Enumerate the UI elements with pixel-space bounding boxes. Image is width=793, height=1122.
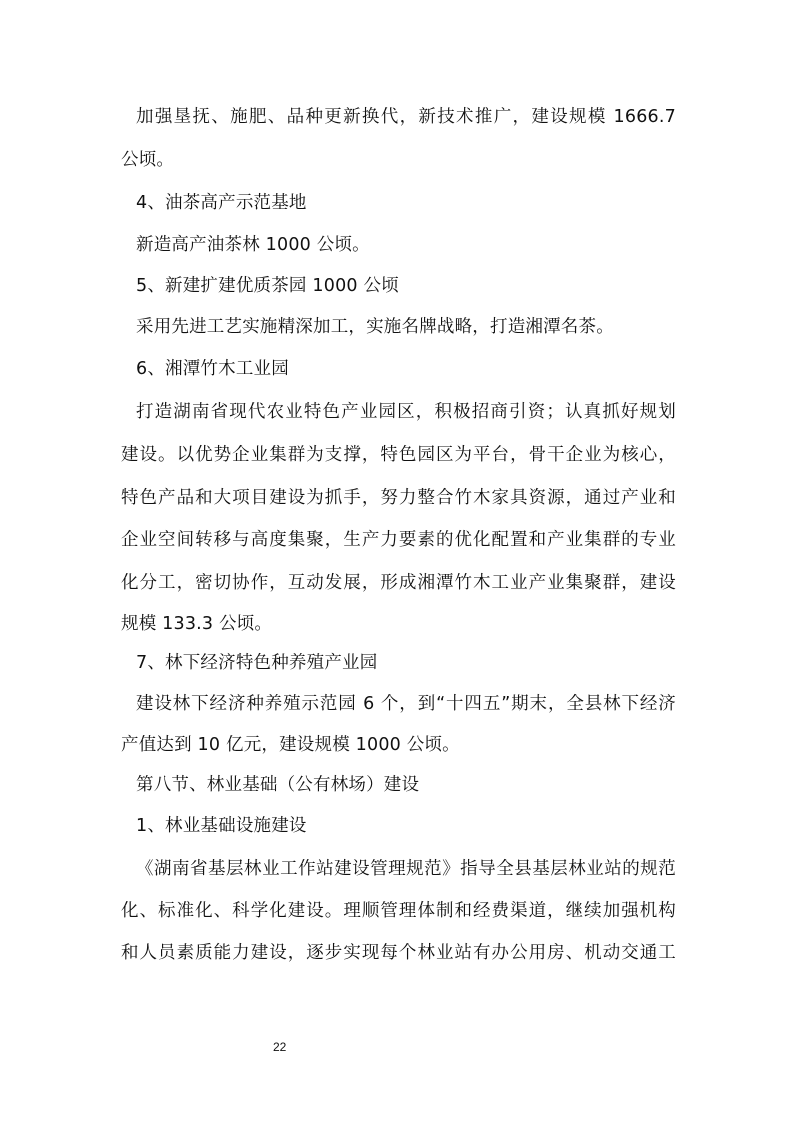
text-line: 产值达到 10 亿元，建设规模 1000 公顷。 [121, 733, 681, 757]
text-line: 5、新建扩建优质茶园 1000 公顷 [136, 274, 696, 298]
text-line: 建设。以优势企业集群为支撑，特色园区为平台，骨干企业为核心， [121, 443, 676, 467]
text-line: 第八节、林业基础（公有林场）建设 [136, 773, 696, 797]
text-line: 企业空间转移与高度集聚，生产力要素的优化配置和产业集群的专业 [121, 528, 676, 552]
text-line: 规模 133.3 公顷。 [121, 612, 681, 636]
text-line: 化分工，密切协作，互动发展，形成湘潭竹木工业产业集聚群，建设 [121, 571, 676, 595]
text-line: 打造湖南省现代农业特色产业园区，积极招商引资；认真抓好规划 [136, 400, 676, 424]
text-line: 新造高产油茶林 1000 公顷。 [136, 233, 696, 257]
text-line: 加强垦抚、施肥、品种更新换代，新技术推广，建设规模 1666.7 [136, 105, 676, 129]
document-page: 加强垦抚、施肥、品种更新换代，新技术推广，建设规模 1666.7公顷。4、油茶高… [0, 0, 793, 1122]
text-line: 化、标准化、科学化建设。理顺管理体制和经费渠道，继续加强机构 [121, 899, 676, 923]
text-line: 7、林下经济特色种养殖产业园 [136, 651, 696, 675]
text-line: 4、油茶高产示范基地 [136, 191, 696, 215]
text-line: 和人员素质能力建设，逐步实现每个林业站有办公用房、机动交通工 [121, 941, 676, 965]
text-line: 1、林业基础设施建设 [136, 814, 696, 838]
text-line: 建设林下经济种养殖示范园 6 个，到“十四五”期末，全县林下经济 [136, 692, 676, 716]
text-line: 6、湘潭竹木工业园 [136, 357, 696, 381]
page-number: 22 [273, 1040, 286, 1054]
text-line: 特色产品和大项目建设为抓手，努力整合竹木家具资源，通过产业和 [121, 486, 676, 510]
text-line: 公顷。 [121, 148, 681, 172]
text-line: 采用先进工艺实施精深加工，实施名牌战略，打造湘潭名茶。 [136, 315, 696, 339]
text-line: 《湖南省基层林业工作站建设管理规范》指导全县基层林业站的规范 [136, 857, 676, 881]
